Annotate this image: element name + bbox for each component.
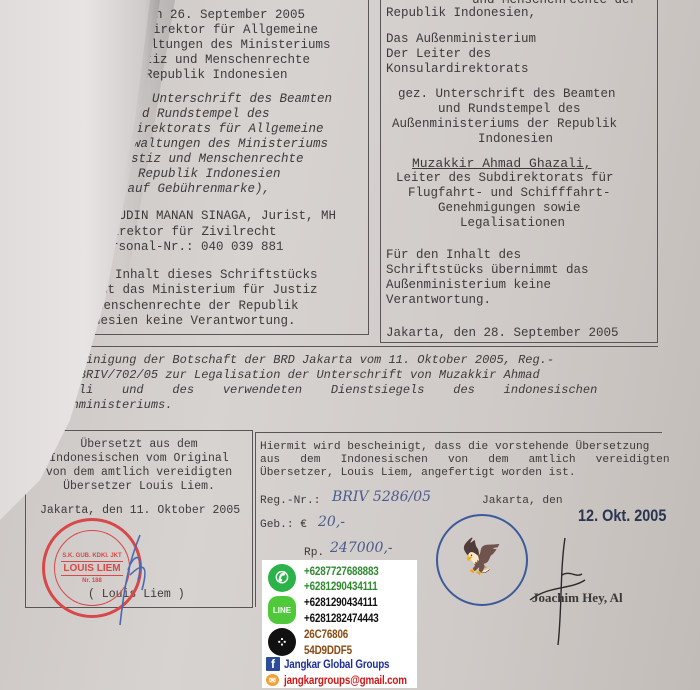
right-box-line: Republik Indonesien, bbox=[386, 6, 536, 21]
blackberry-icon: ⁘ bbox=[268, 628, 296, 656]
certification-line: Übersetzer, Louis Liem, angefertigt word… bbox=[260, 466, 576, 481]
jakarta-den-label: Jakarta, den bbox=[482, 494, 563, 509]
contact-overlay: ✆ +6287727688883 +6281290434111 LINE +62… bbox=[262, 560, 417, 688]
embassy-note-rule bbox=[48, 346, 658, 347]
left-box-italic: . Unterschrift des Beamten bbox=[137, 92, 332, 107]
embassy-note-line: escheinigung der Botschaft der BRD Jakar… bbox=[50, 353, 554, 368]
date-stamp: 12. Okt. 2005 bbox=[578, 506, 666, 526]
whatsapp-icon: ✆ bbox=[268, 564, 296, 592]
right-gez: gez. Unterschrift des Beamten bbox=[398, 87, 616, 102]
facebook-icon: f bbox=[266, 657, 280, 671]
facebook-name: Jangkar Global Groups bbox=[284, 657, 389, 671]
right-authority: Der Leiter des bbox=[386, 47, 491, 62]
right-signatory-name: Muzakkir Ahmad Ghazali, bbox=[412, 156, 591, 171]
embassy-note-line: hazali und des verwendeten Dienstsiegels… bbox=[50, 383, 597, 398]
right-disclaimer: Verantwortung. bbox=[386, 293, 491, 308]
reg-nr-value: BRIV 5286/05 bbox=[332, 489, 431, 505]
whatsapp-number: +6281290434111 bbox=[304, 579, 378, 593]
eagle-icon: 🦅 bbox=[461, 543, 503, 577]
line-number: +6281290434111 bbox=[304, 595, 378, 609]
document-photo: den 26. September 2005 ldirektor für All… bbox=[0, 0, 700, 690]
stamp-number: Nr. 188 bbox=[82, 578, 102, 584]
translator-line: Übersetzer Louis Liem. bbox=[25, 479, 253, 494]
bbm-pin: 26C76806 bbox=[304, 627, 348, 641]
right-gez: Indonesien bbox=[478, 132, 553, 147]
reg-nr-label: Reg.-Nr.: bbox=[260, 494, 320, 509]
right-signatory-title: Genehmigungen sowie bbox=[438, 201, 581, 216]
right-authority: Das Außenministerium bbox=[386, 32, 536, 47]
rp-value: 247000,- bbox=[330, 540, 393, 556]
fee-label: Geb.: € bbox=[260, 518, 307, 533]
line-icon: LINE bbox=[268, 596, 296, 624]
rp-label: Rp. bbox=[304, 546, 324, 561]
right-signatory-title: Leiter des Subdirektorats für bbox=[396, 171, 614, 186]
right-gez: und Rundstempel des bbox=[438, 102, 581, 117]
right-signatory-title: Legalisationen bbox=[460, 216, 565, 231]
email-icon: ✉ bbox=[266, 674, 279, 686]
embassy-signer: Joachim Hey, Al bbox=[532, 590, 623, 606]
whatsapp-number: +6287727688883 bbox=[304, 564, 379, 578]
fee-value: 20,- bbox=[318, 514, 345, 530]
right-disclaimer: Schriftstücks übernimmt das bbox=[386, 263, 589, 278]
right-box-date: Jakarta, den 28. September 2005 bbox=[386, 326, 619, 341]
right-signatory-title: Flugfahrt- und Schifffahrt- bbox=[408, 186, 611, 201]
right-gez: Außenministeriums der Republik bbox=[392, 117, 617, 132]
right-disclaimer: Außenministerium keine bbox=[386, 278, 551, 293]
translator-signature-scribble bbox=[100, 530, 160, 630]
left-box-line: altungen des Ministeriums bbox=[143, 38, 331, 53]
email-address: jangkargroups@gmail.com bbox=[284, 673, 407, 687]
right-authority: Konsulardirektorats bbox=[386, 62, 529, 77]
embassy-note-line: r.: BRIV/702/05 zur Legalisation der Unt… bbox=[50, 368, 540, 383]
line-number: +6281282474443 bbox=[304, 611, 379, 625]
bbm-pin: 54D9DDF5 bbox=[304, 643, 352, 657]
left-box-line: Republik Indonesien bbox=[145, 68, 288, 83]
right-disclaimer: Für den Inhalt des bbox=[386, 248, 521, 263]
certification-rule bbox=[256, 432, 662, 433]
certification-divider bbox=[255, 432, 256, 607]
left-box-line: tiz und Menschenrechte bbox=[145, 53, 310, 68]
translator-date: Jakarta, den 11. Oktober 2005 bbox=[40, 503, 240, 518]
